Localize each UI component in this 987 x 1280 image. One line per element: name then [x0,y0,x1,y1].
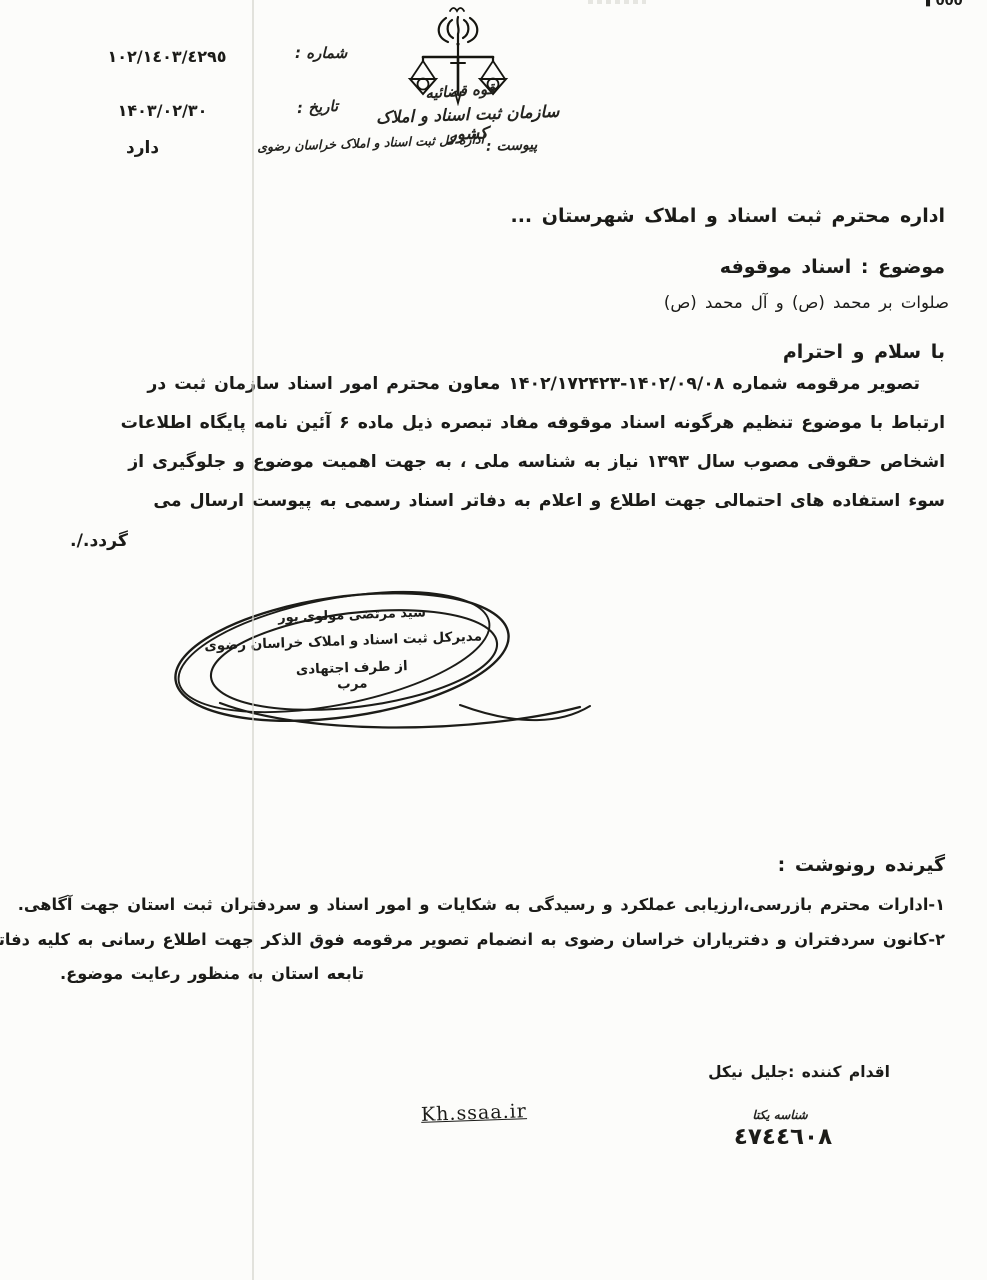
signatory-on-behalf: از طرف اجتهادی مرب [281,658,422,695]
salawat-line: صلوات بر محمد (ص) و آل محمد (ص) [664,293,949,312]
cc-title: گیرنده رونوشت : [778,854,945,876]
office-title: اداره کل ثبت اسناد و املاک خراسان رضوی [276,131,484,153]
scan-fold-line [252,0,254,1280]
cc-item-2: ۲-کانون سردفتران و دفتریاران خراسان رضوی… [50,930,945,949]
corner-print-mark: ▮ 000 [925,0,963,9]
attachment-field-label: پیوست : [486,137,538,155]
unique-id-label: شناسه یکتا [740,1108,820,1122]
action-by-line: اقدام کننده :جلیل نیکل [708,1063,890,1081]
addressee-line: اداره محترم ثبت اسناد و املاک شهرستان ..… [511,205,946,227]
body-line-3: اشخاص حقوقی مصوب سال ۱۳۹۳ نیاز به شناسه … [60,452,945,472]
number-field-label: شماره : [295,44,347,62]
allah-emblem-icon [450,8,464,11]
cc-item-1: ۱-ادارات محترم بازرسی،ارزیابی عملکرد و ر… [50,895,945,914]
website-link: Kh.ssaa.ir [421,1100,528,1126]
body-line-4: سوء استفاده های احتمالی جهت اطلاع و اعلا… [60,491,945,511]
corner-mark-text: 000 [936,0,963,9]
scanned-letter-page: ▮ 000 قوه قضائیه سازمان ثبت اسناد و املا… [0,0,987,1280]
date-field-value: ۱۴۰۳/۰۲/۳۰ [85,101,240,120]
body-closing: گردد./. [70,531,128,551]
greeting-line: با سلام و احترام [783,341,945,363]
body-line-1: تصویر مرقومه شماره ۱۴۰۲/۰۹/۰۸-۱۴۰۲/۱۷۲۴۲… [60,374,945,394]
date-field-label: تاریخ : [297,97,339,117]
number-field-value: ١٠٢/١٤٠٣/٤٢٩٥ [72,47,262,66]
printer-icon: ▮ [925,0,931,8]
subject-line: موضوع : اسناد موقوفه [720,256,945,278]
attachment-field-value: دارد [126,138,159,158]
scan-artifact [588,0,646,4]
cc-item-2-continued: تابعه استان به منظور رعایت موضوع. [60,964,364,983]
unique-id-value: ٤٧٤٤٦٠٨ [703,1124,863,1150]
body-line-2: ارتباط با موضوع تنظیم هرگونه اسناد موقوف… [60,413,945,433]
